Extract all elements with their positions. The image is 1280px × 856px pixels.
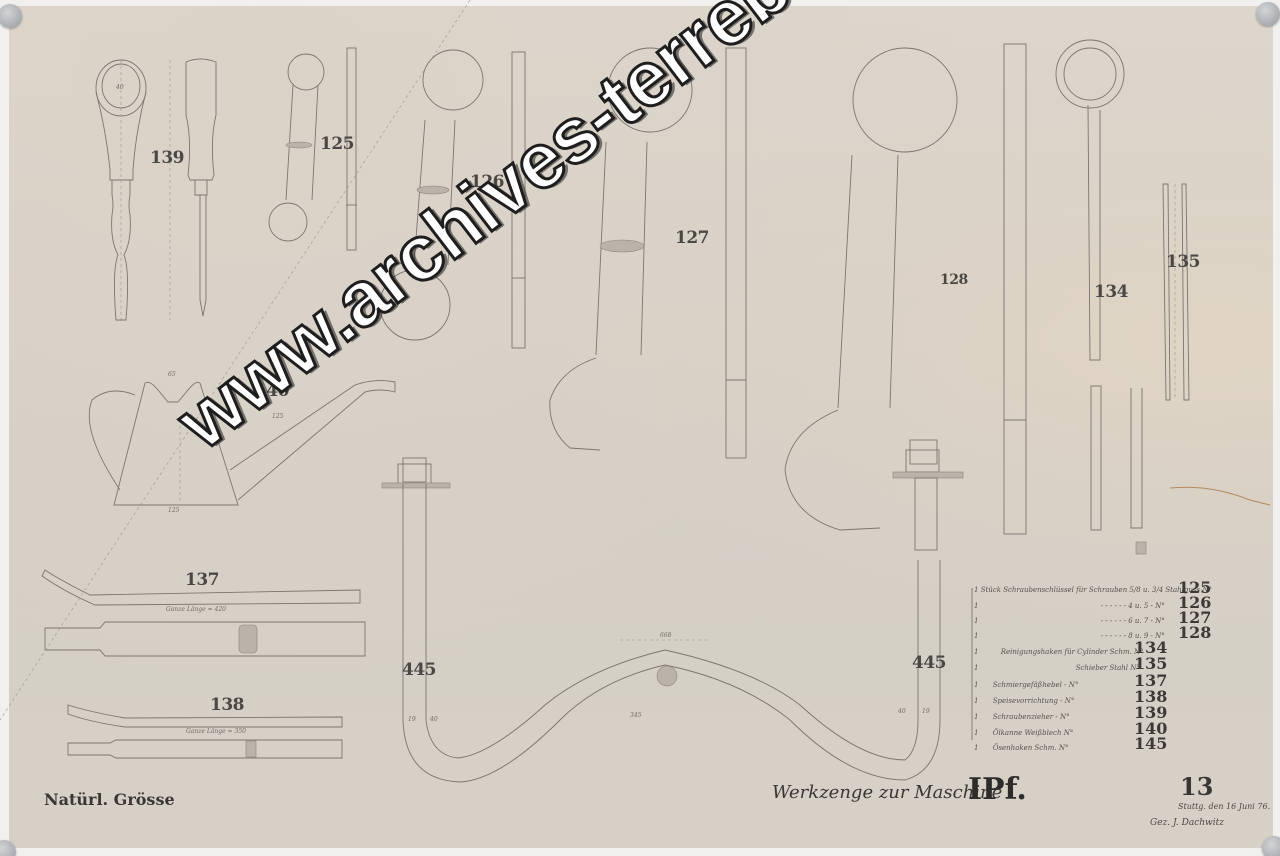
figure-number-135: 135 [1166,252,1200,272]
parts-list-row: 1 Schieber Stahl N° [974,664,1140,678]
u-bolt-445 [0,0,963,782]
signature-date: Stuttg. den 16 Juni 76. [1178,802,1270,811]
screwdriver-139-side [170,59,216,320]
parts-list-row: 1 Ösenhaken Schm. N° [974,744,1068,758]
parts-list-row: 1 - - - - - - 6 u. 7 - N° [974,617,1165,631]
scraper-135 [1163,184,1189,400]
signature-name: Gez. J. Dachwitz [1150,818,1224,828]
dimension-label: 345 [630,712,641,719]
parts-list-row: 1 - - - - - - 4 u. 5 - N° [974,602,1165,616]
figure-number-445-left: 445 [402,660,436,680]
dimension-label: 65 [168,371,176,378]
scale-caption: Natürl. Grösse [44,790,175,809]
figure-number-138: 138 [210,695,244,715]
figure-number-445-right: 445 [912,653,946,673]
wrench-128 [785,44,1026,534]
parts-list-row: 1 Schmiergefäßhebel - N° [974,681,1078,695]
figure-number-139: 139 [150,148,184,168]
dimension-note: Ganze Länge = 420 [166,606,226,613]
parts-list-row: 1 Stück Schraubenschlüssel für Schrauben… [974,586,1212,600]
parts-list-number: 145 [1134,736,1167,752]
dimension-label: 668 [660,632,671,639]
figure-number-127: 127 [675,228,709,248]
figure-number-134: 134 [1094,282,1128,302]
dimension-label: 19 [408,716,416,723]
dimension-label: 125 [168,507,179,514]
dimension-label: 40 [116,84,124,91]
dimension-label: 19 [922,708,930,715]
parts-list-row: 1 Reinigungshaken für Cylinder Schm. N° [974,648,1144,662]
parts-list-row: 1 Ölkanne Weißblech N° [974,729,1073,743]
figure-number-125: 125 [320,134,354,154]
machine-code: IPf. [968,772,1027,807]
parts-list-row: 1 Speisevorrichtung - N° [974,697,1074,711]
figure-number-128: 128 [940,272,968,288]
figure-number-137: 137 [185,570,219,590]
dimension-label: 40 [898,708,906,715]
parts-list-row: 1 Schraubenzieher - N° [974,713,1070,727]
screwdriver-139-front [96,60,146,322]
parts-list-number: 135 [1134,656,1167,672]
dimension-label: 40 [430,716,438,723]
parts-list-number: 128 [1178,625,1211,641]
plate-number: 13 [1180,772,1213,801]
dimension-note: Ganze Länge = 350 [186,728,246,735]
